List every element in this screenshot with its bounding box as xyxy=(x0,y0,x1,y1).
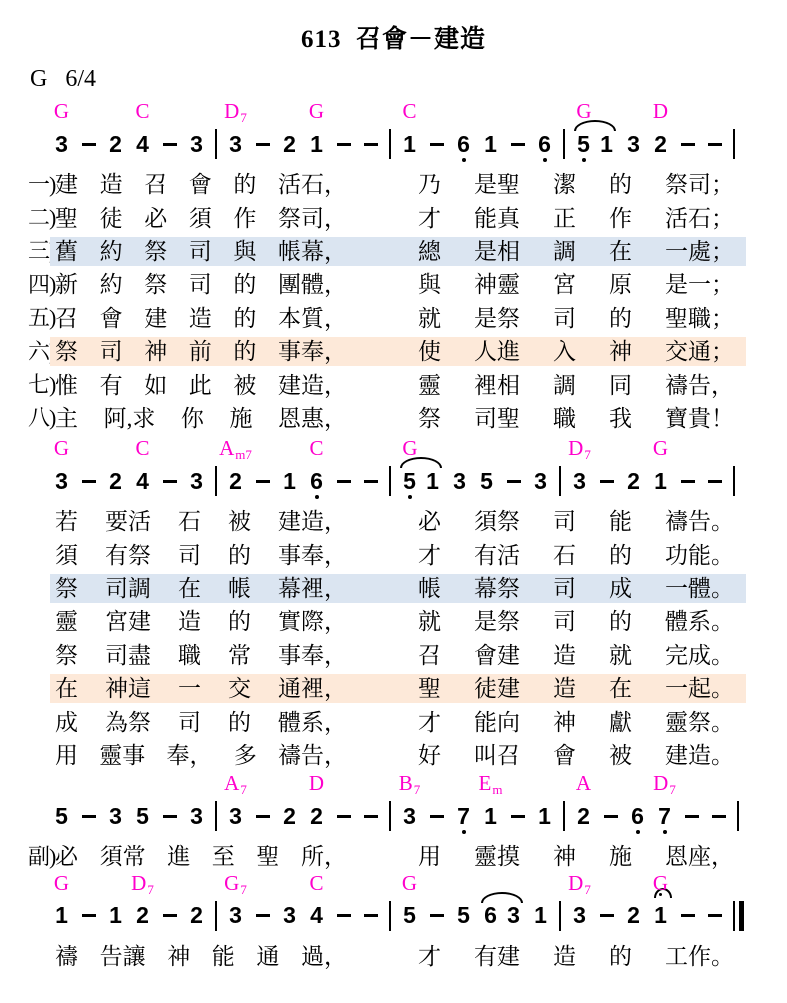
lyric-syllable: 靈摸 xyxy=(474,845,520,868)
lyric-syllable: 的 xyxy=(228,711,251,734)
chord-label: G xyxy=(309,101,324,122)
lyric-line: 副)必須常進至聖所，用靈摸神施恩座， xyxy=(0,840,787,873)
phrase-gap xyxy=(347,407,418,430)
lyric-syllable: 活石； xyxy=(665,207,734,230)
note-with-fermata: 1G xyxy=(647,901,674,931)
lyric-first-half: 在神這一交通裡， xyxy=(55,677,347,700)
lyric-syllable: 建造。 xyxy=(665,744,734,767)
lyric-syllable: 神 xyxy=(553,845,576,868)
lyric-syllable: 才 xyxy=(418,711,441,734)
lyric-syllable: 與 xyxy=(418,273,441,296)
lyric-second-half: 好叫召會被建造。 xyxy=(418,744,734,767)
lyric-syllable: 約 xyxy=(100,240,123,263)
lyric-second-half: 才能向神獻靈祭。 xyxy=(418,711,734,734)
chord-label: G xyxy=(576,101,591,122)
phrase-gap xyxy=(347,677,418,700)
note: 2 xyxy=(276,801,303,831)
chord-label: C xyxy=(309,438,323,459)
duration-dash xyxy=(674,901,701,931)
phrase-gap xyxy=(347,510,418,533)
lyric-syllable: 司 xyxy=(100,340,123,363)
lyric-syllable: 造 xyxy=(100,173,123,196)
lyric-syllable: 的 xyxy=(609,945,632,968)
lyric-syllable: 用 xyxy=(55,744,78,767)
lyrics-block-4: 禱告讓神能通過，才有建造的工作。 xyxy=(0,940,787,973)
note: 1 xyxy=(421,466,444,496)
duration-dash xyxy=(75,901,102,931)
lyric-syllable: 必 xyxy=(55,845,78,868)
lyric-syllable: 的 xyxy=(233,173,256,196)
lyric-syllable: 獻 xyxy=(609,711,632,734)
lyric-syllable: 是一； xyxy=(665,273,734,296)
note: 3 xyxy=(276,901,303,931)
lyric-first-half: 若要活石被建造， xyxy=(55,510,347,533)
lyric-body: 惟有如此被建造，靈裡相調同禱告， xyxy=(50,371,746,400)
note: 5 xyxy=(450,901,477,931)
note: 3 xyxy=(183,129,210,159)
lyric-syllable: 功能。 xyxy=(665,544,734,567)
lyric-body: 新約祭司的團體，與神靈宮原是一； xyxy=(50,270,746,299)
chord-label: G xyxy=(402,873,417,894)
lyric-syllable: 會建 xyxy=(474,644,520,667)
duration-dash xyxy=(593,901,620,931)
lyric-syllable: 能 xyxy=(609,510,632,533)
lyric-syllable: 造 xyxy=(553,644,576,667)
lyric-syllable: 奉， xyxy=(167,744,213,767)
lyric-syllable: 祭 xyxy=(144,240,167,263)
lyric-syllable: 實際， xyxy=(278,610,347,633)
lyric-syllable: 被 xyxy=(228,510,251,533)
barline xyxy=(389,901,391,931)
barline xyxy=(215,129,217,159)
note: 1G xyxy=(647,466,674,496)
note: 5 xyxy=(48,801,75,831)
lyric-body: 主阿,求你施恩惠，祭司聖職我寶貴！ xyxy=(50,404,746,433)
lyric-syllable: 祭 xyxy=(144,273,167,296)
lyric-body: 靈宮建造的實際，就是祭司的體系。 xyxy=(50,607,746,636)
note: 3G xyxy=(48,466,75,496)
lyric-syllable: 成 xyxy=(55,711,78,734)
lyric-syllable: 召 xyxy=(418,644,441,667)
note: 3 xyxy=(620,129,647,159)
lyric-second-half: 使人進入神交通； xyxy=(418,340,734,363)
note: 1Em xyxy=(477,801,504,831)
lyric-syllable: 與 xyxy=(233,240,256,263)
lyric-line: 靈宮建造的實際，就是祭司的體系。 xyxy=(0,605,787,638)
lyric-syllable: 的 xyxy=(228,544,251,567)
lyric-syllable: 原 xyxy=(609,273,632,296)
duration-dash xyxy=(678,801,705,831)
barline xyxy=(559,466,561,496)
lyric-syllable: 告讓 xyxy=(100,945,146,968)
lyric-syllable: 正 xyxy=(553,207,576,230)
duration-dash xyxy=(357,801,384,831)
duration-dash xyxy=(597,801,624,831)
final-barline xyxy=(733,901,744,931)
lyric-syllable: 前 xyxy=(189,340,212,363)
lyric-second-half: 靈裡相調同禱告， xyxy=(418,374,734,397)
duration-dash xyxy=(423,901,450,931)
lyric-syllable: 靈祭。 xyxy=(665,711,734,734)
note: 1 xyxy=(102,901,129,931)
lyric-body: 禱告讓神能通過，才有建造的工作。 xyxy=(50,942,746,971)
barline xyxy=(733,466,735,496)
lyric-syllable: 調 xyxy=(553,240,576,263)
lyric-syllable: 所， xyxy=(301,845,347,868)
duration-dash xyxy=(75,466,102,496)
duration-dash xyxy=(357,129,384,159)
chord-label: D7 xyxy=(224,101,247,124)
slur-group: 51G xyxy=(570,129,620,159)
lyric-first-half: 聖徒必須作祭司， xyxy=(55,207,347,230)
lyric-syllable: 交通； xyxy=(665,340,734,363)
lyric-syllable: 幕裡， xyxy=(278,577,347,600)
phrase-gap xyxy=(347,744,418,767)
note: 3 xyxy=(502,901,525,931)
lyric-syllable: 司 xyxy=(178,711,201,734)
lyric-second-half: 就是祭司的聖職； xyxy=(418,307,734,330)
chord-label: D xyxy=(653,101,668,122)
lyric-syllable: 會 xyxy=(553,744,576,767)
chord-label: A xyxy=(576,773,591,794)
lyric-syllable: 裡相 xyxy=(474,374,520,397)
system-4: 1G12D723G734C5G56313D721G 禱告讓神能通過，才有建造的工… xyxy=(0,901,787,973)
lyric-syllable: 本質， xyxy=(278,307,347,330)
lyric-syllable: 在 xyxy=(178,577,201,600)
phrase-gap xyxy=(347,173,418,196)
lyric-syllable: 司 xyxy=(178,544,201,567)
lyric-syllable: 司 xyxy=(189,240,212,263)
chord-label: G xyxy=(653,438,668,459)
lyric-syllable: 靈 xyxy=(418,374,441,397)
note-low-octave: 6 xyxy=(624,801,651,831)
phrase-gap xyxy=(347,845,418,868)
system-2: 3G24C32Am716C51G3533D721G 若要活石被建造，必須祭司能禱… xyxy=(0,466,787,772)
phrase-gap xyxy=(347,374,418,397)
chord-label: C xyxy=(309,873,323,894)
note: 6 xyxy=(479,901,502,931)
note-low-octave: 7D7 xyxy=(651,801,678,831)
note-low-octave: 7 xyxy=(450,801,477,831)
lyric-syllable: 過， xyxy=(301,945,347,968)
note-low-octave: 6 xyxy=(450,129,477,159)
chord-label: A7 xyxy=(224,773,247,796)
lyric-syllable: 作 xyxy=(233,207,256,230)
lyric-syllable: 體系， xyxy=(278,711,347,734)
lyric-second-half: 聖徒建造在一起。 xyxy=(418,677,734,700)
lyric-second-half: 乃是聖潔的祭司； xyxy=(418,173,734,196)
lyric-syllable: 的 xyxy=(609,610,632,633)
duration-dash xyxy=(249,129,276,159)
lyric-second-half: 才能真正作活石； xyxy=(418,207,734,230)
note: 3A7 xyxy=(222,801,249,831)
phrase-gap xyxy=(347,610,418,633)
lyric-line: 在神這一交通裡，聖徒建造在一起。 xyxy=(0,672,787,705)
note: 1 xyxy=(477,129,504,159)
lyric-second-half: 召會建造就完成。 xyxy=(418,644,734,667)
chord-label: D xyxy=(309,773,324,794)
note: 4C xyxy=(129,129,156,159)
duration-dash xyxy=(330,801,357,831)
lyric-second-half: 用靈摸神施恩座， xyxy=(418,845,734,868)
duration-dash xyxy=(249,901,276,931)
lyric-line: 四)新約祭司的團體，與神靈宮原是一； xyxy=(0,268,787,301)
chord-label: B7 xyxy=(399,773,421,796)
barline xyxy=(389,801,391,831)
lyric-syllable: 用 xyxy=(418,845,441,868)
lyric-body: 用靈事奉，多禱告，好叫召會被建造。 xyxy=(50,741,746,770)
lyric-body: 召會建造的本質，就是祭司的聖職； xyxy=(50,304,746,333)
duration-dash xyxy=(249,801,276,831)
lyric-line: 祭司盡職常事奉，召會建造就完成。 xyxy=(0,639,787,672)
lyric-line: 若要活石被建造，必須祭司能禱告。 xyxy=(0,505,787,538)
chord-label: G xyxy=(54,438,69,459)
lyric-line: 七)惟有如此被建造，靈裡相調同禱告， xyxy=(0,368,787,401)
note: 3 xyxy=(183,801,210,831)
duration-dash xyxy=(701,901,728,931)
chord-label: G xyxy=(653,873,668,894)
lyric-syllable: 如 xyxy=(144,374,167,397)
duration-dash xyxy=(330,901,357,931)
slur-group: 51G xyxy=(396,466,446,496)
duration-dash xyxy=(156,129,183,159)
lyric-syllable: 召 xyxy=(55,307,78,330)
lyric-syllable: 的 xyxy=(609,173,632,196)
lyric-syllable: 有建 xyxy=(474,945,520,968)
lyric-syllable: 司盡 xyxy=(105,644,151,667)
note-low-octave: 5 xyxy=(398,466,421,496)
lyric-line: 三)舊約祭司與帳幕，總是相調在一處； xyxy=(0,235,787,268)
lyric-syllable: 是聖 xyxy=(474,173,520,196)
lyric-syllable: 祭司； xyxy=(665,173,734,196)
lyric-syllable: 禱告。 xyxy=(665,510,734,533)
note: 4C xyxy=(303,901,330,931)
lyric-syllable: 禱告， xyxy=(278,744,347,767)
lyric-syllable: 通 xyxy=(256,945,279,968)
lyric-syllable: 靈事 xyxy=(99,744,145,767)
chord-label: D7 xyxy=(568,438,591,461)
note: 5 xyxy=(473,466,500,496)
lyric-first-half: 祭司神前的事奉， xyxy=(55,340,347,363)
lyric-syllable: 司 xyxy=(189,273,212,296)
note-low-octave: 6 xyxy=(531,129,558,159)
lyric-syllable: 帳 xyxy=(228,577,251,600)
lyric-syllable: 事奉， xyxy=(278,644,347,667)
lyric-syllable: 聖 xyxy=(418,677,441,700)
phrase-gap xyxy=(347,240,418,263)
notation-line-3: 53533A722D3B771Em12A67D7 xyxy=(48,801,787,831)
lyric-line: 一)建造召會的活石，乃是聖潔的祭司； xyxy=(0,168,787,201)
lyric-syllable: 神靈 xyxy=(474,273,520,296)
note: 2A xyxy=(570,801,597,831)
chord-label: C xyxy=(402,101,416,122)
lyric-syllable: 神這 xyxy=(105,677,151,700)
lyric-syllable: 事奉， xyxy=(278,544,347,567)
barline xyxy=(563,801,565,831)
phrase-gap xyxy=(347,307,418,330)
lyric-first-half: 舊約祭司與帳幕， xyxy=(55,240,347,263)
lyric-syllable: 幕祭 xyxy=(474,577,520,600)
note: 3D7 xyxy=(222,129,249,159)
lyric-syllable: 使 xyxy=(418,340,441,363)
barline xyxy=(563,129,565,159)
lyric-first-half: 祭司盡職常事奉， xyxy=(55,644,347,667)
lyric-second-half: 與神靈宮原是一； xyxy=(418,273,734,296)
duration-dash xyxy=(75,129,102,159)
lyric-body: 成為祭司的體系，才能向神獻靈祭。 xyxy=(50,708,746,737)
lyric-syllable: 神 xyxy=(609,340,632,363)
lyric-syllable: 調 xyxy=(553,374,576,397)
lyric-syllable: 祭 xyxy=(418,407,441,430)
duration-dash xyxy=(674,129,701,159)
lyric-syllable: 要活 xyxy=(105,510,151,533)
lyric-line: 八)主阿,求你施恩惠，祭司聖職我寶貴！ xyxy=(0,402,787,435)
note-low-octave: 6C xyxy=(303,466,330,496)
chord-label: C xyxy=(135,438,149,459)
lyric-syllable: 的 xyxy=(228,610,251,633)
lyric-syllable: 造 xyxy=(189,307,212,330)
lyric-syllable: 有 xyxy=(100,374,123,397)
phrase-gap xyxy=(347,273,418,296)
lyric-syllable: 你 xyxy=(181,407,204,430)
chord-label: G7 xyxy=(224,873,247,896)
lyric-syllable: 帳 xyxy=(418,577,441,600)
lyric-syllable: 一處； xyxy=(665,240,734,263)
phrase-gap xyxy=(347,945,418,968)
barline xyxy=(215,466,217,496)
lyric-syllable: 建 xyxy=(55,173,78,196)
lyric-syllable: 就 xyxy=(418,610,441,633)
lyric-syllable: 司 xyxy=(553,307,576,330)
note: 4C xyxy=(129,466,156,496)
lyric-syllable: 一 xyxy=(178,677,201,700)
duration-dash xyxy=(701,129,728,159)
lyric-second-half: 就是祭司的體系。 xyxy=(418,610,734,633)
lyric-syllable: 才 xyxy=(418,945,441,968)
lyric-syllable: 為祭 xyxy=(105,711,151,734)
phrase-gap xyxy=(347,207,418,230)
duration-dash xyxy=(330,129,357,159)
note: 1 xyxy=(527,901,554,931)
lyric-syllable: 造 xyxy=(178,610,201,633)
duration-dash xyxy=(674,466,701,496)
lyric-syllable: 常 xyxy=(228,644,251,667)
lyric-syllable: 舊 xyxy=(55,240,78,263)
phrase-gap xyxy=(347,644,418,667)
lyric-syllable: 被 xyxy=(609,744,632,767)
duration-dash xyxy=(423,129,450,159)
lyric-syllable: 建 xyxy=(144,307,167,330)
duration-dash xyxy=(357,901,384,931)
lyric-second-half: 祭司聖職我寶貴！ xyxy=(418,407,734,430)
note: 3G7 xyxy=(222,901,249,931)
lyric-syllable: 須常 xyxy=(100,845,146,868)
lyric-syllable: 在 xyxy=(55,677,78,700)
lyric-first-half: 建造召會的活石， xyxy=(55,173,347,196)
duration-dash xyxy=(500,466,527,496)
lyric-syllable: 是祭 xyxy=(474,307,520,330)
lyric-syllable: 會 xyxy=(100,307,123,330)
lyric-body: 建造召會的活石，乃是聖潔的祭司； xyxy=(50,170,746,199)
lyric-syllable: 就 xyxy=(609,644,632,667)
lyric-syllable: 石 xyxy=(178,510,201,533)
duration-dash xyxy=(249,466,276,496)
lyric-first-half: 召會建造的本質， xyxy=(55,307,347,330)
note: 2Am7 xyxy=(222,466,249,496)
note: 3D7 xyxy=(566,901,593,931)
barline xyxy=(559,901,561,931)
lyric-syllable: 宮 xyxy=(553,273,576,296)
barline xyxy=(737,801,739,831)
chord-label: G xyxy=(402,438,417,459)
lyric-syllable: 施 xyxy=(229,407,252,430)
lyric-syllable: 才 xyxy=(418,207,441,230)
lyric-body: 聖徒必須作祭司，才能真正作活石； xyxy=(50,204,746,233)
note: 1 xyxy=(595,129,618,159)
lyric-syllable: 造 xyxy=(553,677,576,700)
note: 3 xyxy=(527,466,554,496)
duration-dash xyxy=(701,466,728,496)
note: 1G xyxy=(303,129,330,159)
lyric-syllable: 徒 xyxy=(100,207,123,230)
lyric-second-half: 必須祭司能禱告。 xyxy=(418,510,734,533)
lyric-syllable: 人進 xyxy=(474,340,520,363)
note: 2 xyxy=(276,129,303,159)
lyric-first-half: 主阿,求你施恩惠， xyxy=(55,407,347,430)
note: 1C xyxy=(396,129,423,159)
lyric-syllable: 祭 xyxy=(55,577,78,600)
lyric-syllable: 同 xyxy=(609,374,632,397)
lyric-syllable: 我 xyxy=(609,407,632,430)
lyrics-block-3: 副)必須常進至聖所，用靈摸神施恩座， xyxy=(0,840,787,873)
lyric-syllable: 若 xyxy=(55,510,78,533)
lyric-syllable: 惟 xyxy=(55,374,78,397)
barline xyxy=(389,466,391,496)
lyric-syllable: 須 xyxy=(189,207,212,230)
duration-dash xyxy=(504,801,531,831)
highlighted-lyric-body: 舊約祭司與帳幕，總是相調在一處； xyxy=(50,237,746,266)
chord-label: D7 xyxy=(131,873,154,896)
lyric-first-half: 必須常進至聖所， xyxy=(55,845,347,868)
lyric-syllable: 是祭 xyxy=(474,610,520,633)
duration-dash xyxy=(75,801,102,831)
lyric-syllable: 團體， xyxy=(278,273,347,296)
note: 3 xyxy=(446,466,473,496)
chord-label: G xyxy=(54,873,69,894)
duration-dash xyxy=(357,466,384,496)
lyric-body: 須有祭司的事奉，才有活石的功能。 xyxy=(50,541,746,570)
lyric-syllable: 必 xyxy=(144,207,167,230)
lyric-syllable: 聖 xyxy=(55,207,78,230)
lyric-syllable: 職 xyxy=(553,407,576,430)
lyric-syllable: 就 xyxy=(418,307,441,330)
lyric-line: 五)召會建造的本質，就是祭司的聖職； xyxy=(0,302,787,335)
chord-label: Em xyxy=(479,773,503,796)
lyric-syllable: 石 xyxy=(553,544,576,567)
note: 1 xyxy=(276,466,303,496)
lyric-syllable: 司 xyxy=(553,577,576,600)
lyric-syllable: 能向 xyxy=(474,711,520,734)
lyric-syllable: 一體。 xyxy=(665,577,734,600)
lyric-syllable: 總 xyxy=(418,240,441,263)
lyric-syllable: 潔 xyxy=(553,173,576,196)
lyric-syllable: 須 xyxy=(55,544,78,567)
lyric-syllable: 作 xyxy=(609,207,632,230)
lyric-first-half: 惟有如此被建造， xyxy=(55,374,347,397)
lyric-syllable: 恩惠， xyxy=(278,407,347,430)
lyric-syllable: 是相 xyxy=(474,240,520,263)
duration-dash xyxy=(423,801,450,831)
